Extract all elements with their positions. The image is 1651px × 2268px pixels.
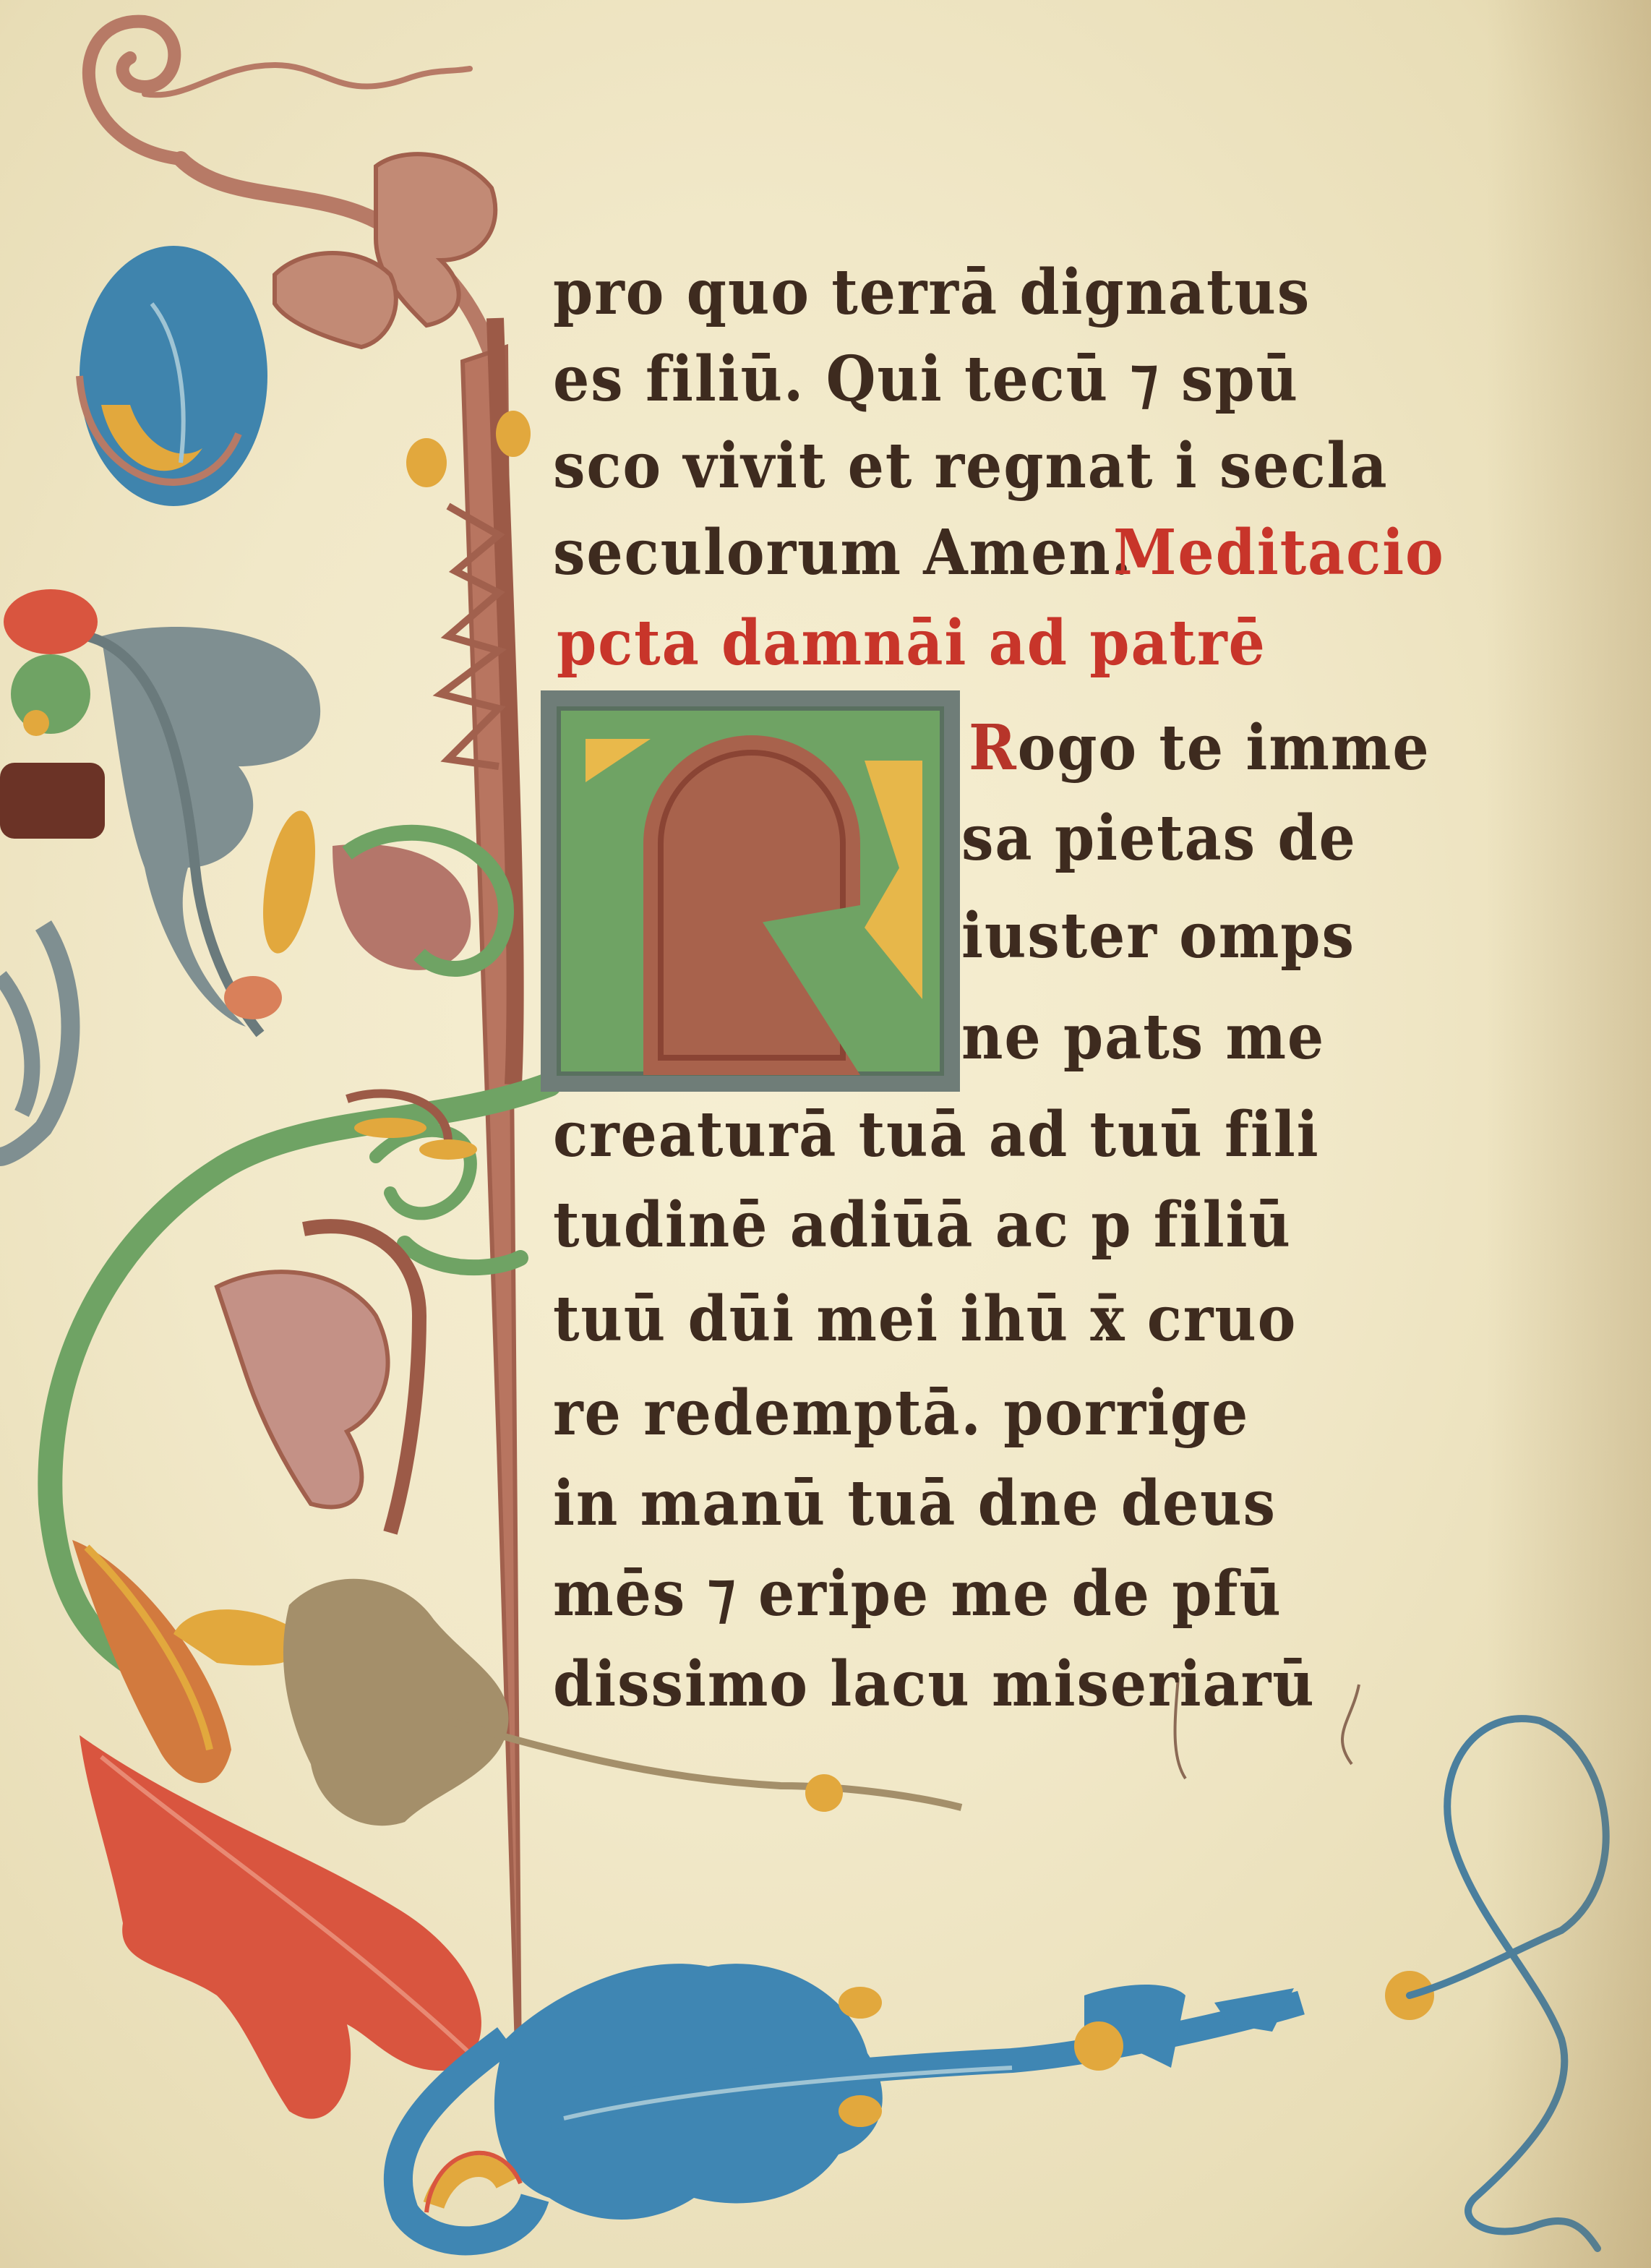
illuminated-initial-r: [541, 690, 960, 1092]
rose-acanthus-leaf-icon: [217, 1226, 419, 1533]
text-line: iuster omps: [961, 900, 1355, 972]
gold-bud-icon: [254, 807, 325, 957]
text-line: mēs ⁊ eripe me de pfū: [553, 1558, 1282, 1630]
text-line: sa pietas de: [961, 803, 1357, 875]
text-line: pro quo terrā dignatus: [553, 257, 1311, 329]
text-line: tuū dūi mei ihū x̄ cruo: [553, 1283, 1297, 1356]
blue-loop-flourish-icon: [1410, 1719, 1606, 2248]
blue-acanthus-leaf-icon: [80, 246, 267, 506]
text-line: Rogo te imme: [969, 712, 1431, 784]
rubricated-letter: R: [969, 711, 1018, 784]
text-line: tudinē adiūā ac p filiū: [553, 1189, 1292, 1262]
text-line: seculorum Amen.: [553, 517, 1133, 589]
orange-leaf-icon: [72, 1540, 304, 1783]
orange-bud-icon: [224, 976, 282, 1019]
gold-leaf-corner: [865, 761, 922, 999]
initial-letter-r-icon: [643, 735, 860, 1075]
gold-dot-icon: [805, 1774, 843, 1812]
text-line: es filiū. Qui tecū ⁊ spū: [553, 343, 1299, 416]
red-bud-icon: [4, 589, 98, 654]
manuscript-page: pro quo terrā dignatus es filiū. Qui tec…: [0, 0, 1651, 2268]
text-line: sco vivit et regnat i secla: [553, 430, 1389, 502]
descender-flourish: [1342, 1685, 1359, 1764]
gold-leaf-corner: [586, 739, 651, 782]
text-line: re redemptā. porrige: [553, 1377, 1249, 1450]
text-line: in manū tuā dne deus: [553, 1468, 1277, 1540]
text-line: ne pats me: [961, 1001, 1325, 1074]
rubric-heading-line: Meditacio: [1113, 517, 1445, 589]
gold-dot-icon: [496, 411, 531, 457]
gold-dot-icon: [1074, 2021, 1123, 2071]
rubric-heading-line: pcta damnāi ad patrē: [557, 607, 1266, 680]
green-bud-icon: [11, 654, 90, 734]
blue-acanthus-leaf-icon: [398, 1964, 1434, 2241]
text-line: dissimo lacu miseriarū: [553, 1648, 1315, 1721]
text-line: creaturā tuā ad tuū fili: [553, 1099, 1320, 1171]
gold-dot-icon: [406, 438, 447, 487]
line-text: ogo te imme: [1018, 711, 1431, 784]
brown-tab-mark: [0, 763, 105, 839]
